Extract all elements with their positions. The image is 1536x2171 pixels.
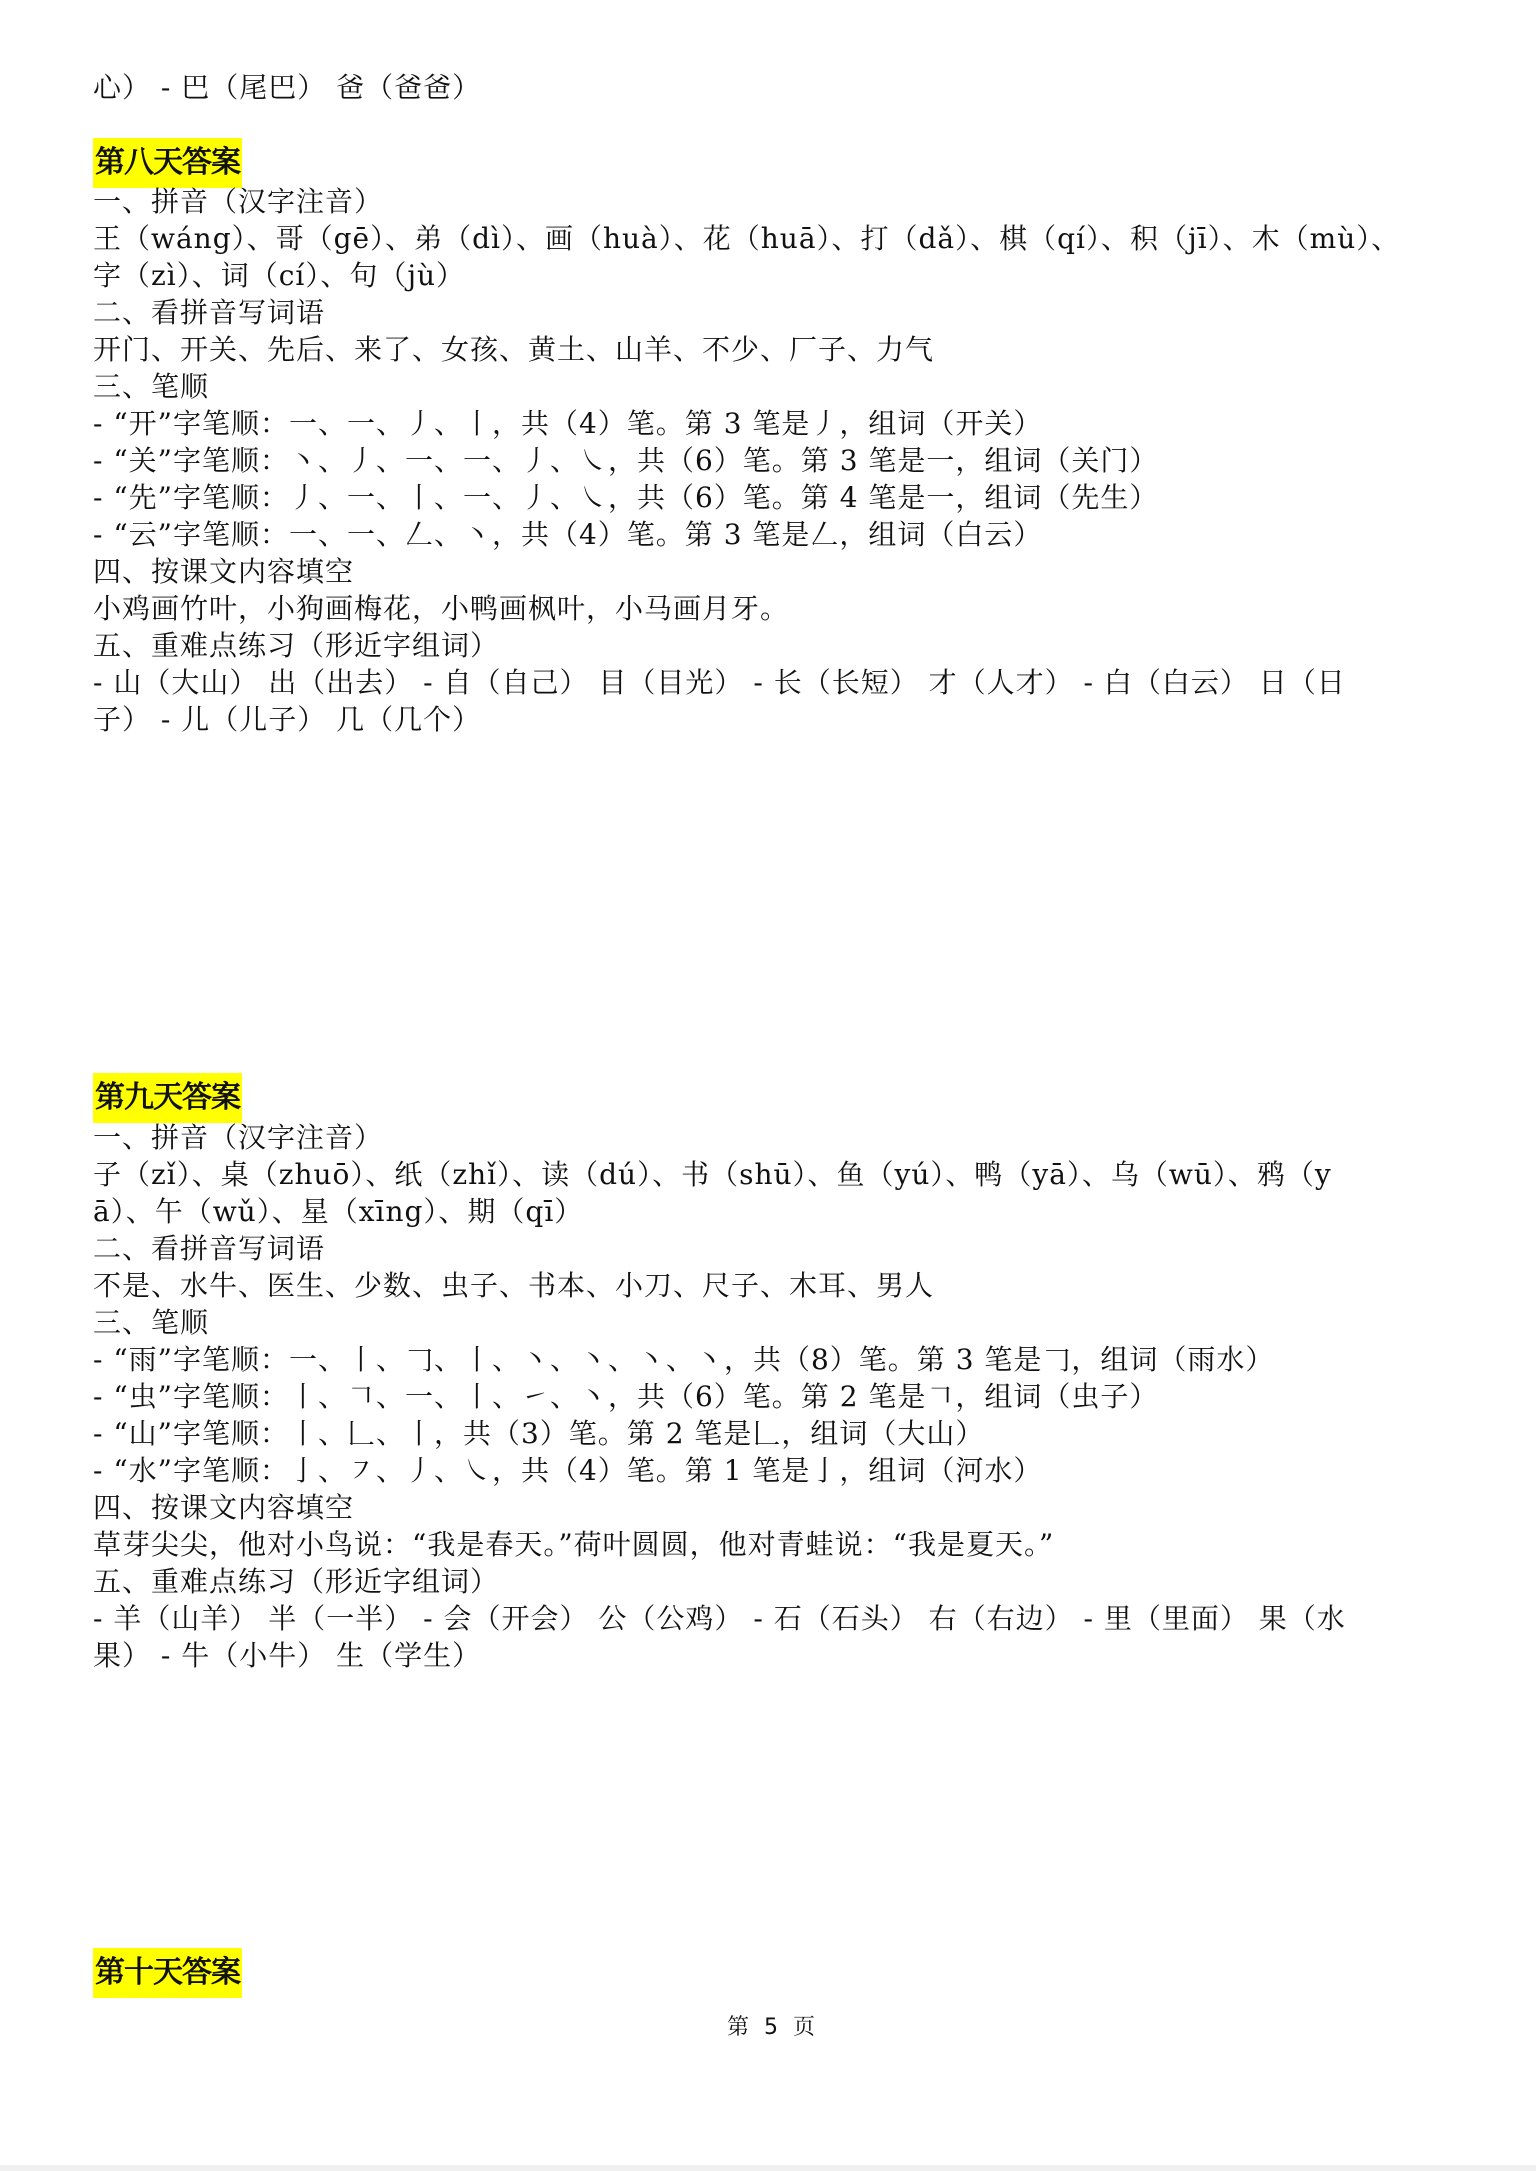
- day8-pinyin-line: 字（zì）、词（cí）、句（jù）: [93, 256, 465, 296]
- day9-fill-line: 草芽尖尖，他对小鸟说：“我是春天。”荷叶圆圆，他对青蛙说：“我是夏天。”: [93, 1525, 1054, 1565]
- day8-stroke-line: - “开”字笔顺：一、一、丿、丨，共（4）笔。第 3 笔是丿，组词（开关）: [93, 404, 1042, 444]
- day9-pinyin-line: 子（zǐ）、桌（zhuō）、纸（zhǐ）、读（dú）、书（shū）、鱼（yú）、…: [93, 1155, 1332, 1195]
- day8-fill-line: 小鸡画竹叶，小狗画梅花，小鸭画枫叶，小马画月牙。: [93, 589, 789, 629]
- day8-words-heading: 二、看拼音写词语: [93, 293, 325, 333]
- day9-stroke-line: - “虫”字笔顺：丨、𠃍、一、丨、㇀、丶，共（6）笔。第 2 笔是𠃍，组词（虫子…: [93, 1377, 1158, 1417]
- day8-fill-heading: 四、按课文内容填空: [93, 552, 354, 592]
- day9-heading: 第九天答案: [93, 1073, 242, 1123]
- day8-pinyin-heading: 一、拼音（汉字注音）: [93, 182, 383, 222]
- day10-heading: 第十天答案: [93, 1948, 242, 1998]
- day9-stroke-line: - “雨”字笔顺：一、丨、𠃌、丨、丶、丶、丶、丶，共（8）笔。第 3 笔是𠃌，组…: [93, 1340, 1274, 1380]
- day8-strokes-heading: 三、笔顺: [93, 367, 209, 407]
- page-bottom-edge: [0, 2165, 1536, 2171]
- day8-similar-line: 子） - 儿（儿子） 几（几个）: [93, 700, 481, 740]
- day9-pinyin-line: ā）、午（wǔ）、星（xīng）、期（qī）: [93, 1192, 583, 1232]
- day9-similar-line: 果） - 牛（小牛） 生（学生）: [93, 1636, 481, 1676]
- page-number: 第 5 页: [727, 2010, 819, 2041]
- day8-pinyin-line: 王（wáng）、哥（gē）、弟（dì）、画（huà）、花（huā）、打（dǎ）、…: [93, 219, 1400, 259]
- day9-similar-heading: 五、重难点练习（形近字组词）: [93, 1562, 499, 1602]
- day9-pinyin-heading: 一、拼音（汉字注音）: [93, 1118, 383, 1158]
- day9-similar-line: - 羊（山羊） 半（一半） - 会（开会） 公（公鸡） - 石（石头） 右（右边…: [93, 1599, 1346, 1639]
- day9-strokes-heading: 三、笔顺: [93, 1303, 209, 1343]
- day9-words-heading: 二、看拼音写词语: [93, 1229, 325, 1269]
- day8-stroke-line: - “云”字笔顺：一、一、𠃋、丶，共（4）笔。第 3 笔是𠃋，组词（白云）: [93, 515, 1042, 555]
- day8-similar-heading: 五、重难点练习（形近字组词）: [93, 626, 499, 666]
- day8-stroke-line: - “关”字笔顺：丶、丿、一、一、丿、㇏，共（6）笔。第 3 笔是一，组词（关门…: [93, 441, 1158, 481]
- day9-stroke-line: - “水”字笔顺：亅、㇇、丿、㇏，共（4）笔。第 1 笔是亅，组词（河水）: [93, 1451, 1042, 1491]
- day9-words-line: 不是、水牛、医生、少数、虫子、书本、小刀、尺子、木耳、男人: [93, 1266, 934, 1306]
- day8-heading: 第八天答案: [93, 138, 242, 188]
- day8-words-line: 开门、开关、先后、来了、女孩、黄土、山羊、不少、厂子、力气: [93, 330, 934, 370]
- day9-stroke-line: - “山”字笔顺：丨、𠃊、丨，共（3）笔。第 2 笔是𠃊，组词（大山）: [93, 1414, 984, 1454]
- day8-similar-line: - 山（大山） 出（出去） - 自（自己） 目（目光） - 长（长短） 才（人才…: [93, 663, 1346, 703]
- day9-fill-heading: 四、按课文内容填空: [93, 1488, 354, 1528]
- carryover-line: 心） - 巴（尾巴） 爸（爸爸）: [93, 68, 481, 108]
- day8-stroke-line: - “先”字笔顺：丿、一、丨、一、丿、㇏，共（6）笔。第 4 笔是一，组词（先生…: [93, 478, 1158, 518]
